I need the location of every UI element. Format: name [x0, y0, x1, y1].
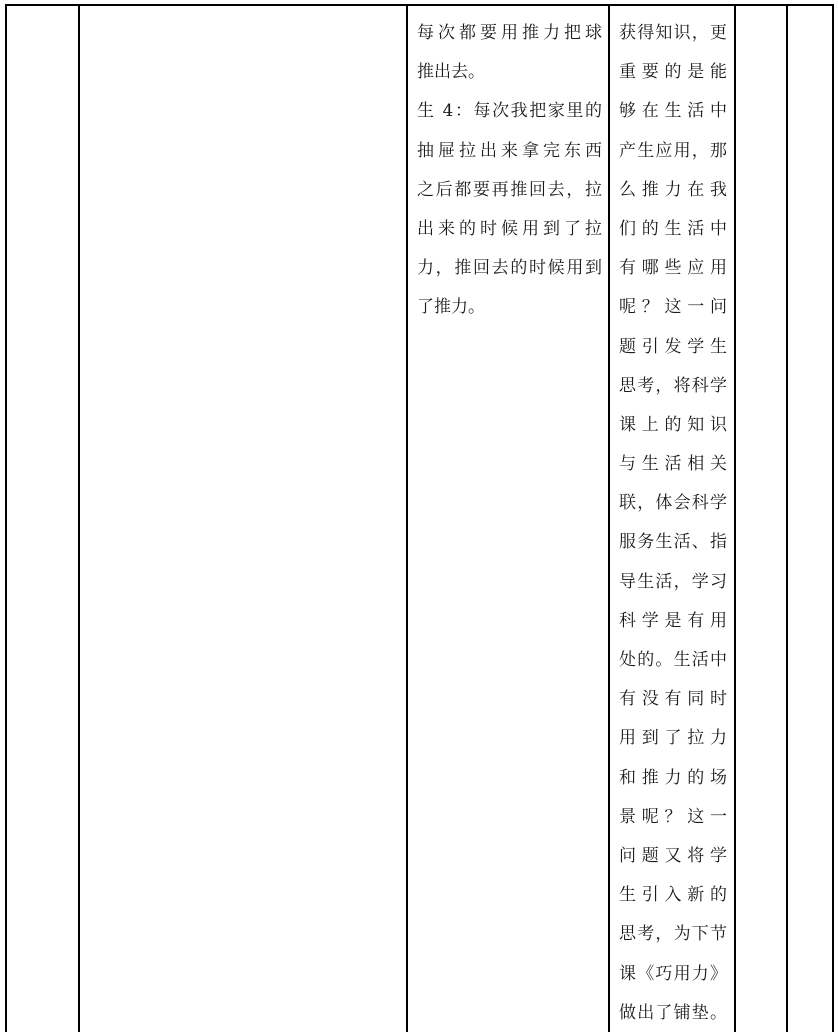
text-line: 思考，将科学 — [619, 367, 727, 406]
cell-6-text — [788, 6, 832, 14]
cell-1-text — [7, 6, 78, 14]
text-line: 抽屉拉出来拿完东西 — [417, 132, 602, 171]
text-line: 有哪些应用 — [619, 249, 727, 288]
text-line: 思考，为下节 — [619, 915, 727, 954]
table-cell-empty-2 — [79, 5, 407, 1032]
text-line: 推出去。 — [417, 53, 602, 92]
text-line: 导生活，学习 — [619, 563, 727, 602]
text-line: 联，体会科学 — [619, 484, 727, 523]
text-line: 做出了铺垫。 — [619, 994, 727, 1032]
text-line: 获得知识，更 — [619, 14, 727, 53]
table-cell-student-responses: 每次都要用推力把球 推出去。 生 4：每次我把家里的 抽屉拉出来拿完东西 之后都… — [407, 5, 609, 1032]
text-line: 题引发学生 — [619, 328, 727, 367]
cell-5-text — [736, 6, 786, 14]
text-line: 用到了拉力 — [619, 719, 727, 758]
text-line: 问题又将学 — [619, 837, 727, 876]
table-cell-empty-6 — [787, 5, 833, 1032]
text-line: 力，推回去的时候用到 — [417, 249, 602, 288]
text-line: 重要的是能 — [619, 53, 727, 92]
text-line: 出来的时候用到了拉 — [417, 210, 602, 249]
text-line: 们的生活中 — [619, 210, 727, 249]
design-intent-text: 获得知识，更 重要的是能 够在生活中 产生应用，那 么推力在我 们的生活中 有哪… — [610, 6, 734, 1032]
text-line: 与生活相关 — [619, 445, 727, 484]
text-line: 么推力在我 — [619, 171, 727, 210]
text-line: 景呢？这一 — [619, 798, 727, 837]
text-line: 服务生活、指 — [619, 523, 727, 562]
text-line: 之后都要再推回去，拉 — [417, 171, 602, 210]
text-line: 科学是有用 — [619, 602, 727, 641]
text-line: 产生应用，那 — [619, 132, 727, 171]
text-line: 呢？这一问 — [619, 288, 727, 327]
student-responses-text: 每次都要用推力把球 推出去。 生 4：每次我把家里的 抽屉拉出来拿完东西 之后都… — [408, 6, 608, 328]
text-line: 每次都要用推力把球 — [417, 14, 602, 53]
text-line: 课《巧用力》 — [619, 955, 727, 994]
text-line: 生引入新的 — [619, 876, 727, 915]
cell-2-text — [80, 6, 406, 14]
text-line: 处的。生活中 — [619, 641, 727, 680]
text-line: 了推力。 — [417, 288, 602, 327]
table-cell-empty-5 — [735, 5, 787, 1032]
lesson-plan-table: 每次都要用推力把球 推出去。 生 4：每次我把家里的 抽屉拉出来拿完东西 之后都… — [5, 4, 834, 1032]
table-cell-design-intent: 获得知识，更 重要的是能 够在生活中 产生应用，那 么推力在我 们的生活中 有哪… — [609, 5, 735, 1032]
text-line: 够在生活中 — [619, 92, 727, 131]
text-line: 生 4：每次我把家里的 — [417, 92, 602, 131]
table-cell-empty-1 — [6, 5, 79, 1032]
table-row: 每次都要用推力把球 推出去。 生 4：每次我把家里的 抽屉拉出来拿完东西 之后都… — [6, 5, 833, 1032]
text-line: 有没有同时 — [619, 680, 727, 719]
text-line: 和推力的场 — [619, 759, 727, 798]
text-line: 课上的知识 — [619, 406, 727, 445]
